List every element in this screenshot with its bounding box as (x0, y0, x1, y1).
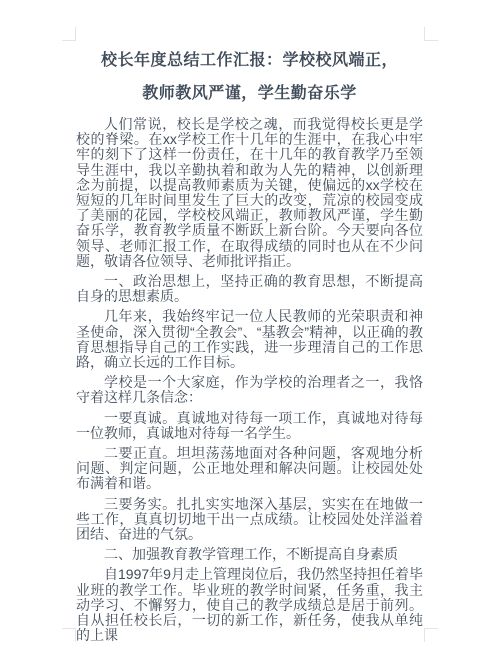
paragraph-3: 几年来，我始终牢记一位人民教师的光荣职责和神圣使命，深入贯彻“全教会”、“基教会… (76, 309, 423, 370)
document-title-line-1: 校长年度总结工作汇报：学校校风端正， (76, 44, 423, 77)
crop-mark-top-right (424, 27, 438, 41)
paragraph-2: 一、政治思想上，坚持正确的教育思想，不断提高自身的思想素质。 (76, 274, 423, 304)
paragraph-4: 学校是一个大家庭，作为学校的治理者之一，我恪守着这样几条信念： (76, 375, 423, 405)
crop-mark-bottom-left (62, 628, 76, 642)
paragraph-7: 三要务实。扎扎实实地深入基层，实实在在地做一些工作，真真切切地干出一点成绩。让校… (76, 497, 423, 543)
paragraph-9: 自1997年9月走上管理岗位后，我仍然坚持担任着毕业班的教学工作。毕业班的教学时… (76, 567, 423, 643)
paragraph-6: 二要正直。坦坦荡荡地面对各种问题，客观地分析问题、判定问题，公正地处理和解决问题… (76, 446, 423, 492)
paragraph-8: 二、加强教育教学管理工作，不断提高自身素质 (76, 547, 423, 562)
document-title-line-2: 教师教风严谨，学生勤奋乐学 (76, 77, 423, 110)
paragraph-1: 人们常说，校长是学校之魂，而我觉得校长更是学校的脊梁。在xx学校工作十几年的生涯… (76, 117, 423, 269)
document-body: 人们常说，校长是学校之魂，而我觉得校长更是学校的脊梁。在xx学校工作十几年的生涯… (76, 117, 423, 644)
crop-mark-top-left (62, 27, 76, 41)
paragraph-5: 一要真诚。真诚地对待每一项工作，真诚地对待每一位教师，真诚地对待每一名学生。 (76, 411, 423, 441)
document-page: 校长年度总结工作汇报：学校校风端正， 教师教风严谨，学生勤奋乐学 人们常说，校长… (0, 0, 500, 661)
text-area: 校长年度总结工作汇报：学校校风端正， 教师教风严谨，学生勤奋乐学 人们常说，校长… (76, 44, 423, 649)
crop-mark-bottom-right (424, 628, 438, 642)
